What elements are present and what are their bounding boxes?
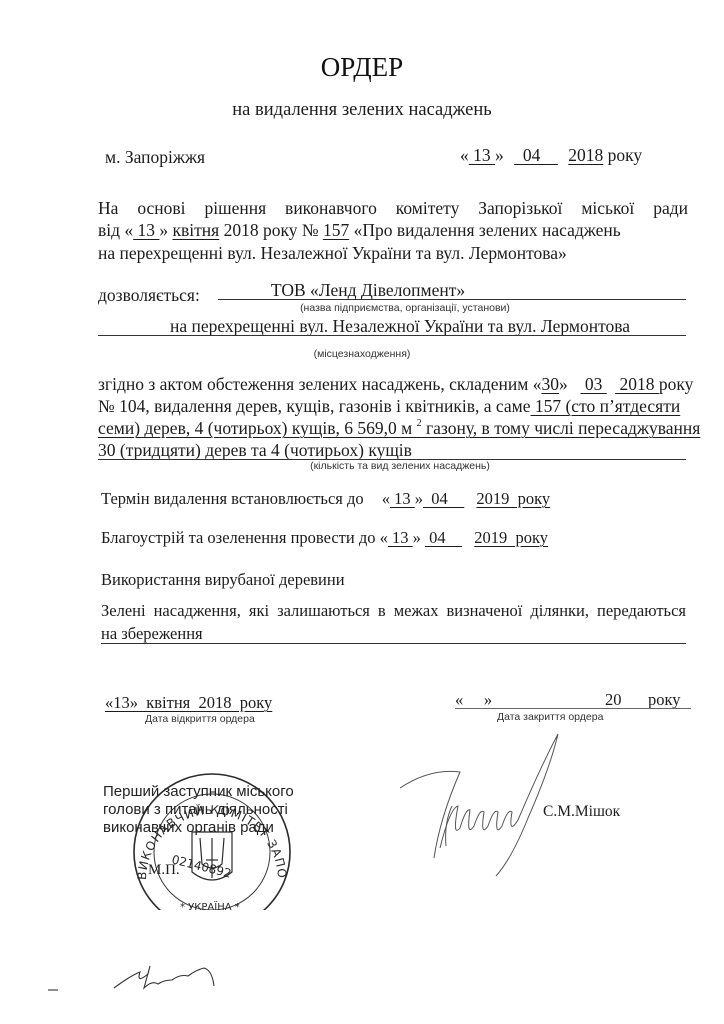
wood-use-label: Використання вирубаної деревини <box>101 570 345 590</box>
location-caption: (місцезнаходження) <box>0 348 724 360</box>
order-date-day: 13 <box>469 145 495 165</box>
order-date: « 13 » 04 2018 року <box>460 145 642 166</box>
signatory-position: Перший заступник міського голови з питан… <box>103 783 294 837</box>
closing-date-quotes: « » <box>455 690 492 709</box>
closing-date-year: 20 <box>605 690 622 710</box>
order-date-suffix: року <box>608 145 643 165</box>
city: м. Запоріжжя <box>105 147 205 168</box>
opening-date-caption: Дата відкриття ордера <box>145 713 255 725</box>
closing-date-underline <box>455 708 691 709</box>
removal-day: 13 <box>390 489 415 508</box>
landscaping-day: 13 <box>388 528 413 547</box>
act-line-1: згідно з актом обстеження зелених насадж… <box>98 374 688 395</box>
act-line-3: семи) дерев, 4 (чотирьох) кущів, 6 569,0… <box>98 418 700 439</box>
opening-date: «13» квітня 2018 року <box>105 693 272 713</box>
position-line-1: Перший заступник міського <box>103 783 294 801</box>
act-year-suffix: року <box>659 374 694 394</box>
removal-year: 2019 року <box>476 489 550 508</box>
closing-date-suffix: року <box>648 690 681 710</box>
landscaping-deadline: Благоустрій та озеленення провести до « … <box>101 528 548 548</box>
location-value: на перехрещенні вул. Незалежної України … <box>170 316 630 337</box>
position-line-3: виконавчих органів ради <box>103 819 294 837</box>
remaining-line-2: на збереження <box>101 624 203 644</box>
basis-line-2: від « 13 » квітня 2018 року № 157 «Про в… <box>98 220 688 241</box>
remaining-underline <box>101 643 686 644</box>
quote-open: « <box>460 145 469 165</box>
basis-line-3: на перехрещенні вул. Незалежної України … <box>98 243 567 264</box>
basis-decision-number: 157 <box>323 220 349 240</box>
order-title: ОРДЕР <box>0 52 724 83</box>
quote-close: » <box>415 489 423 508</box>
removal-month: 04 <box>423 489 464 508</box>
act-quantity-end: газону, в тому числі пересаджування <box>422 418 701 438</box>
quote-open: « <box>380 528 388 547</box>
basis-decision-title: «Про видалення зелених насаджень <box>349 220 621 240</box>
act-removal-text: № 104, видалення дерев, кущів, газонів і… <box>98 396 530 416</box>
permit-label: дозволяється: <box>98 285 200 306</box>
closing-date: « » 20 року <box>455 690 693 710</box>
removal-deadline-label: Термін видалення встановлюється до <box>101 489 364 508</box>
basis-line-2-content: від « 13 » квітня 2018 року № 157 «Про в… <box>98 220 621 241</box>
removal-deadline: Термін видалення встановлюється до « 13 … <box>101 489 550 509</box>
act-line-2: № 104, видалення дерев, кущів, газонів і… <box>98 396 680 417</box>
stamp-place-mark: М.П. <box>148 862 180 879</box>
basis-day: 13 <box>133 220 159 240</box>
stamp-country: * УКРАЇНА * <box>180 900 240 910</box>
closing-date-caption: Дата закриття ордера <box>497 711 603 723</box>
act-quantity-start: 157 (сто п’ятдесяти <box>530 396 680 416</box>
landscaping-deadline-label: Благоустрій та озеленення провести до <box>101 528 376 547</box>
order-subtitle: на видалення зелених насаджень <box>0 100 724 121</box>
quote-open: « <box>382 489 390 508</box>
act-month: 03 <box>581 374 607 394</box>
landscaping-month: 04 <box>425 528 462 547</box>
remaining-line-1: Зелені насадження, які залишаються в меж… <box>101 601 686 621</box>
order-date-month: 04 <box>514 145 558 165</box>
position-line-2: голови з питань діяльності <box>103 801 294 819</box>
act-quantity-middle: семи) дерев, 4 (чотирьох) кущів, 6 569,0… <box>98 418 417 438</box>
act-text: згідно з актом обстеження зелених насадж… <box>98 374 542 394</box>
quote-close: » <box>495 145 504 165</box>
organization-caption: (назва підприємства, організації, устано… <box>290 302 520 314</box>
act-day: 30 <box>542 374 560 394</box>
landscaping-year: 2019 року <box>474 528 548 547</box>
quote-close: » <box>413 528 425 547</box>
signatory-name: С.М.Мішок <box>543 803 620 821</box>
basis-quote: » <box>159 220 172 240</box>
organization-name: ТОВ «Ленд Дівелопмент» <box>218 280 518 301</box>
basis-line-1: На основі рішення виконавчого комітету З… <box>98 198 688 219</box>
act-quote: » <box>559 374 572 394</box>
basis-month: квітня <box>173 220 220 240</box>
act-caption: (кількість та вид зелених насаджень) <box>280 460 520 472</box>
act-year: 2018 <box>615 374 659 394</box>
initials-signature <box>40 960 240 1000</box>
basis-year: 2018 року № <box>219 220 323 240</box>
order-date-year: 2018 <box>568 145 603 165</box>
location-underline <box>98 335 686 336</box>
act-line-4: 30 (тридцяти) дерев та 4 (чотирьох) кущі… <box>98 440 412 461</box>
basis-prefix: від « <box>98 220 133 240</box>
